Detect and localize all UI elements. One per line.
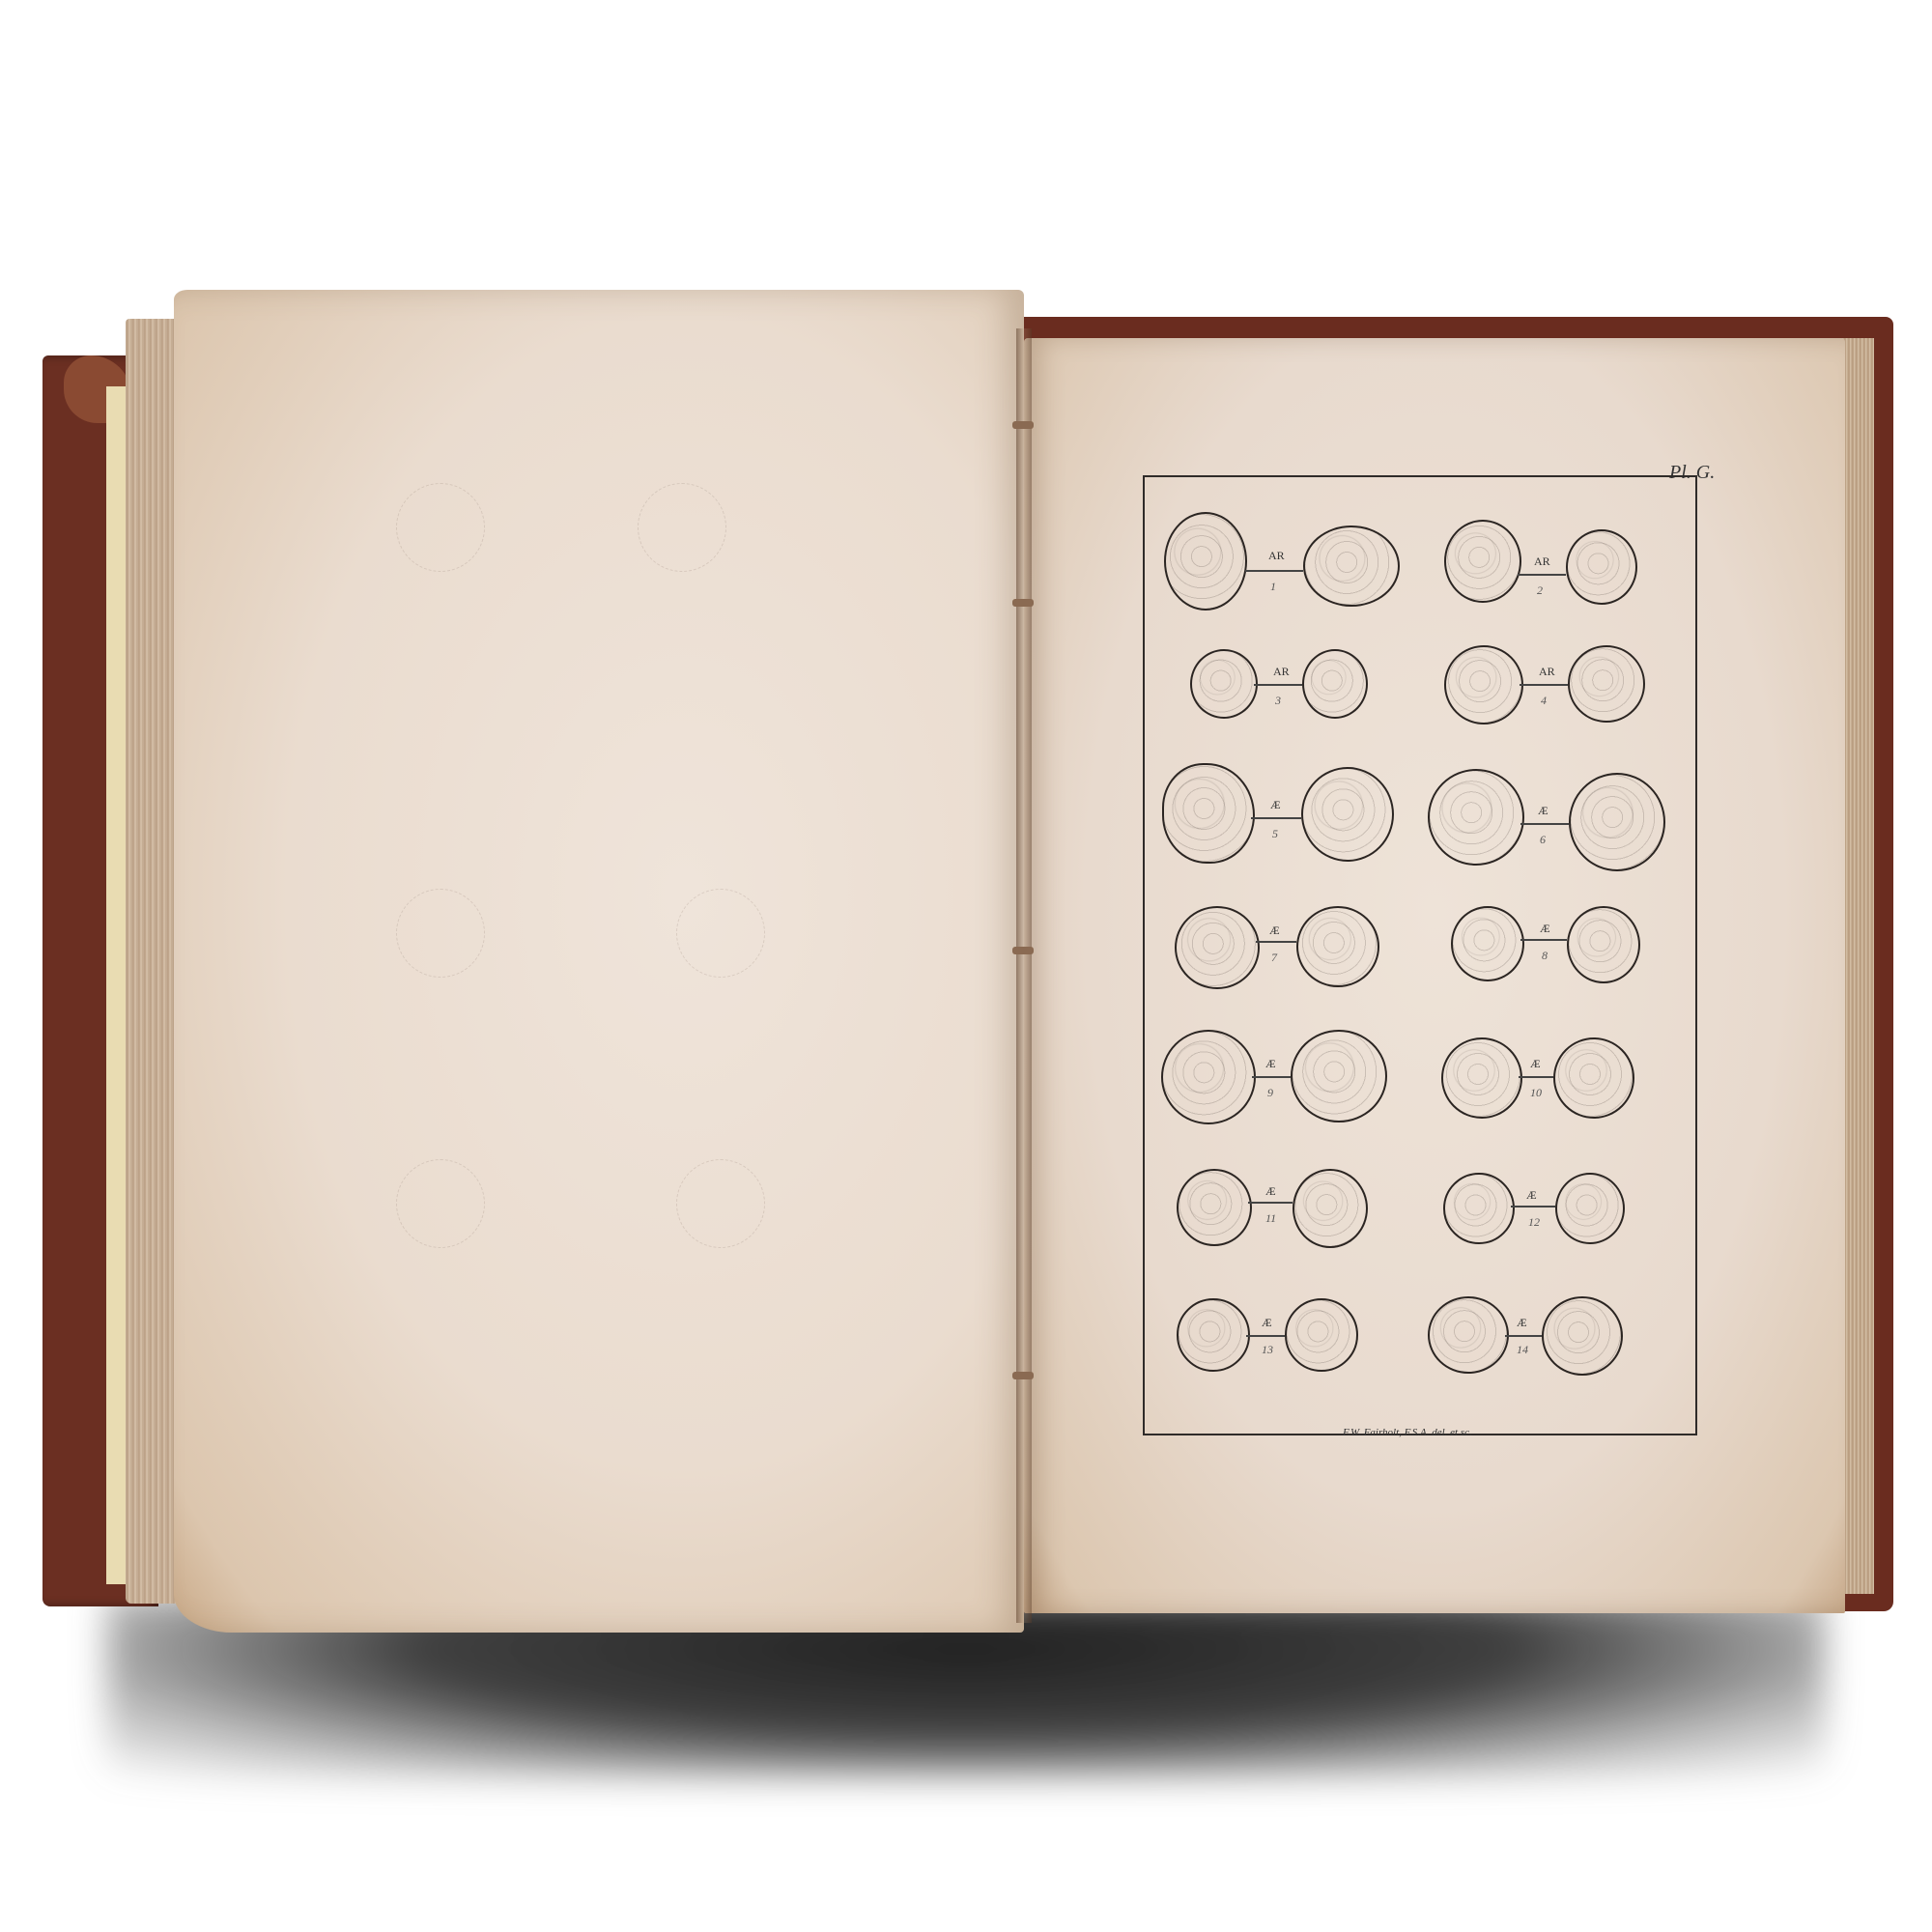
coin-reverse [1296, 906, 1379, 987]
pair-link [1254, 684, 1302, 686]
coin-obverse [1164, 512, 1247, 611]
coin-obverse [1175, 906, 1260, 989]
coin-pair-9: Æ 9 [1161, 1030, 1393, 1126]
pair-link [1251, 817, 1301, 819]
coin-pair-12: Æ 12 [1443, 1173, 1646, 1256]
coin-obverse [1161, 1030, 1256, 1124]
pair-link [1518, 574, 1566, 576]
show-through-coin [676, 1159, 765, 1248]
coin-reverse [1566, 529, 1637, 605]
coin-number: 11 [1265, 1211, 1276, 1226]
metal-mark: AR [1539, 665, 1555, 679]
pair-link [1505, 1335, 1542, 1337]
binding-stitch [1012, 947, 1034, 954]
metal-mark: Æ [1526, 1188, 1537, 1203]
metal-mark: Æ [1265, 1057, 1276, 1071]
metal-mark: AR [1268, 549, 1285, 563]
show-through-coin [396, 889, 485, 978]
coin-reverse [1555, 1173, 1625, 1244]
coin-reverse [1302, 649, 1368, 719]
coin-obverse [1428, 769, 1524, 866]
coin-pair-6: Æ 6 [1428, 769, 1669, 875]
metal-mark: Æ [1540, 922, 1550, 936]
metal-mark: Æ [1530, 1057, 1541, 1071]
pair-link [1248, 1202, 1293, 1204]
coin-number: 12 [1528, 1215, 1540, 1230]
book-gutter [1016, 328, 1032, 1623]
coin-reverse [1569, 773, 1665, 871]
coin-pair-8: Æ 8 [1451, 906, 1654, 989]
pair-link [1246, 1335, 1285, 1337]
coin-obverse [1451, 906, 1524, 981]
coin-reverse [1553, 1037, 1634, 1119]
coin-reverse [1567, 906, 1640, 983]
coin-number: 6 [1540, 833, 1546, 847]
coin-number: 1 [1270, 580, 1276, 594]
pair-link [1511, 1206, 1555, 1207]
coin-reverse [1285, 1298, 1358, 1372]
coin-pair-4: AR 4 [1444, 645, 1647, 728]
coin-pair-3: AR 3 [1190, 649, 1374, 726]
metal-mark: Æ [1270, 798, 1281, 812]
coin-reverse [1303, 526, 1400, 607]
coin-number: 7 [1271, 951, 1277, 965]
coin-obverse [1443, 1173, 1515, 1244]
coin-pair-7: Æ 7 [1175, 906, 1387, 993]
pair-link [1520, 684, 1568, 686]
pair-link [1245, 570, 1303, 572]
coin-number: 13 [1262, 1343, 1273, 1357]
metal-mark: Æ [1517, 1316, 1527, 1330]
coin-obverse [1190, 649, 1258, 719]
coin-obverse [1444, 520, 1521, 603]
coin-reverse [1542, 1296, 1623, 1376]
pair-link [1256, 941, 1296, 943]
metal-mark: Æ [1265, 1184, 1276, 1199]
coin-pair-11: Æ 11 [1177, 1169, 1379, 1256]
coin-obverse [1177, 1169, 1252, 1246]
metal-mark: AR [1273, 665, 1290, 679]
coin-pair-5: Æ 5 [1162, 763, 1394, 869]
coin-obverse [1444, 645, 1523, 724]
coin-pair-10: Æ 10 [1441, 1037, 1654, 1124]
coin-number: 3 [1275, 694, 1281, 708]
coin-number: 8 [1542, 949, 1548, 963]
coin-reverse [1301, 767, 1394, 862]
coin-number: 10 [1530, 1086, 1542, 1100]
binding-stitch [1012, 421, 1034, 429]
show-through-coin [396, 483, 485, 572]
binding-stitch [1012, 599, 1034, 607]
left-page-blank [174, 290, 1024, 1633]
show-through-coin [638, 483, 726, 572]
coin-reverse [1568, 645, 1645, 723]
coin-pair-14: Æ 14 [1428, 1296, 1640, 1378]
show-through-coin [396, 1159, 485, 1248]
pair-link [1519, 1076, 1553, 1078]
coin-obverse [1162, 763, 1255, 864]
coin-number: 9 [1267, 1086, 1273, 1100]
coin-pair-13: Æ 13 [1177, 1298, 1379, 1376]
coin-obverse [1177, 1298, 1250, 1372]
coin-obverse [1428, 1296, 1509, 1374]
pair-link [1520, 823, 1569, 825]
metal-mark: Æ [1269, 923, 1280, 938]
coin-number: 4 [1541, 694, 1547, 708]
coin-pair-2: AR 2 [1444, 520, 1637, 607]
pair-link [1252, 1076, 1291, 1078]
coin-obverse [1441, 1037, 1522, 1119]
show-through-coin [676, 889, 765, 978]
metal-mark: AR [1534, 554, 1550, 569]
engraver-credit: F.W. Fairholt, F.S.A. del. et sc. [1343, 1427, 1472, 1438]
coin-reverse [1293, 1169, 1368, 1248]
metal-mark: Æ [1262, 1316, 1272, 1330]
coin-pair-1: AR 1 [1164, 512, 1396, 609]
pair-link [1520, 939, 1567, 941]
metal-mark: Æ [1538, 804, 1548, 818]
coin-number: 14 [1517, 1343, 1528, 1357]
coin-reverse [1291, 1030, 1387, 1122]
coin-number: 2 [1537, 583, 1543, 598]
binding-stitch [1012, 1372, 1034, 1379]
coin-number: 5 [1272, 827, 1278, 841]
